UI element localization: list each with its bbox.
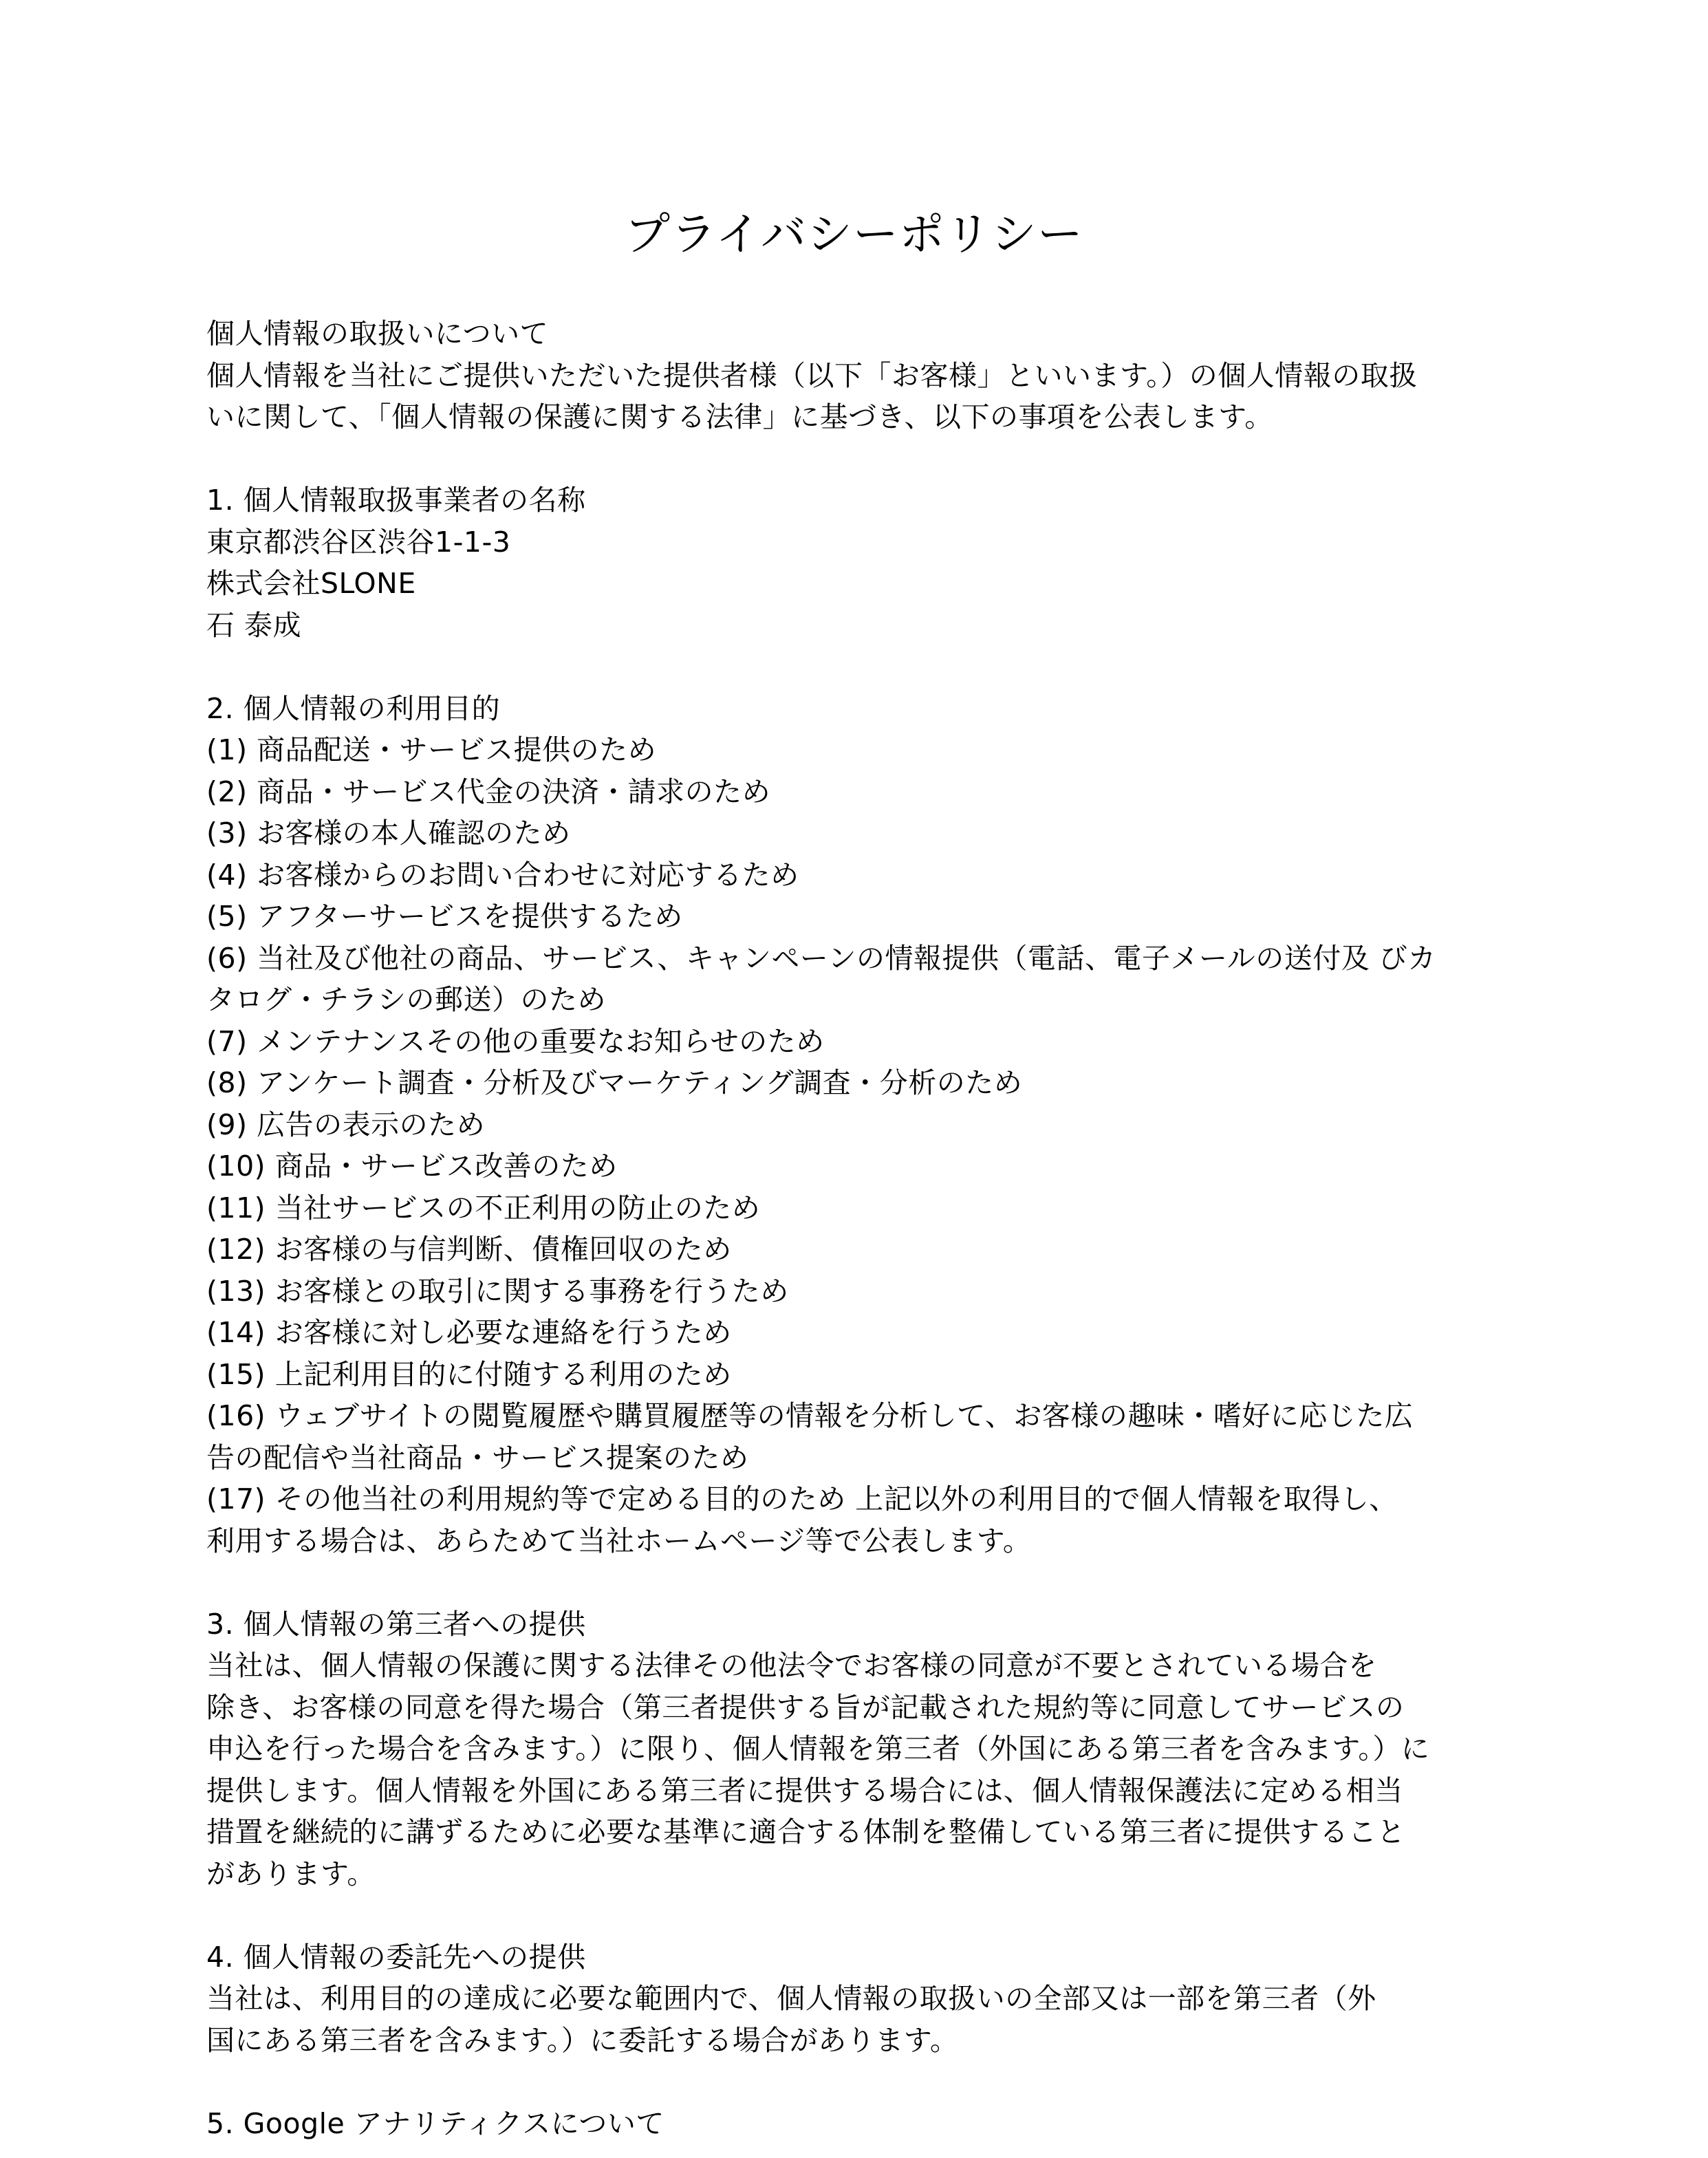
purpose-item: (7) メンテナンスその他の重要なお知らせのため <box>206 1021 1513 1063</box>
purpose-item: (16) ウェブサイトの閲覧履歴や購買履歴等の情報を分析して、お客様の趣味・嗜好… <box>206 1395 1513 1437</box>
purpose-item: (13) お客様との取引に関する事務を行うため <box>206 1271 1513 1313</box>
purpose-item: (17) その他当社の利用規約等で定める目的のため 上記以外の利用目的で個人情報… <box>206 1478 1513 1520</box>
page-title: プライバシーポリシー <box>0 204 1708 266</box>
purpose-item: (11) 当社サービスの不正利用の防止のため <box>206 1187 1513 1229</box>
purpose-item: (3) お客様の本人確認のため <box>206 812 1513 854</box>
purpose-item: (15) 上記利用目的に付随する利用のため <box>206 1354 1513 1396</box>
address-line: 東京都渋谷区渋谷1-1-3 <box>206 521 1513 563</box>
paragraph-line: 国にある第三者を含みます。）に委託する場合があります。 <box>206 2020 1513 2062</box>
section-third-party: 3. 個人情報の第三者への提供 当社は、個人情報の保護に関する法律その他法令でお… <box>206 1604 1513 1895</box>
intro-line: いに関して、「個人情報の保護に関する法律」に基づき、以下の事項を公表します。 <box>206 396 1513 438</box>
purpose-item: (14) お客様に対し必要な連絡を行うため <box>206 1312 1513 1354</box>
section-contractor: 4. 個人情報の委託先への提供 当社は、利用目的の達成に必要な範囲内で、個人情報… <box>206 1936 1513 2062</box>
purpose-item-continued: 告の配信や当社商品・サービス提案のため <box>206 1437 1513 1479</box>
section-purpose: 2. 個人情報の利用目的 (1) 商品配送・サービス提供のため (2) 商品・サ… <box>206 688 1513 1562</box>
intro-section: 個人情報の取扱いについて 個人情報を当社にご提供いただいた提供者様（以下「お客様… <box>206 313 1513 438</box>
paragraph-line: 除き、お客様の同意を得た場合（第三者提供する旨が記載された規約等に同意してサービ… <box>206 1687 1513 1729</box>
spacer <box>206 2061 1513 2103</box>
representative-name: 石 泰成 <box>206 605 1513 647</box>
paragraph-line: 当社は、個人情報の保護に関する法律その他法令でお客様の同意が不要とされている場合… <box>206 1645 1513 1687</box>
purpose-item: (10) 商品・サービス改善のため <box>206 1145 1513 1187</box>
paragraph-line: 措置を継続的に講ずるために必要な基準に適合する体制を整備している第三者に提供する… <box>206 1811 1513 1853</box>
purpose-item: (2) 商品・サービス代金の決済・請求のため <box>206 771 1513 813</box>
paragraph-line: 申込を行った場合を含みます。）に限り、個人情報を第三者（外国にある第三者を含みま… <box>206 1728 1513 1770</box>
document-body: 個人情報の取扱いについて 個人情報を当社にご提供いただいた提供者様（以下「お客様… <box>206 313 1513 2144</box>
purpose-item: (6) 当社及び他社の商品、サービス、キャンペーンの情報提供（電話、電子メールの… <box>206 938 1513 980</box>
section-heading: 3. 個人情報の第三者への提供 <box>206 1604 1513 1646</box>
purpose-item-continued: タログ・チラシの郵送）のため <box>206 979 1513 1021</box>
company-name: 株式会社SLONE <box>206 563 1513 605</box>
purpose-item: (9) 広告の表示のため <box>206 1104 1513 1146</box>
spacer <box>206 1562 1513 1604</box>
section-google-analytics: 5. Google アナリティクスについて <box>206 2103 1513 2145</box>
purpose-item: (1) 商品配送・サービス提供のため <box>206 729 1513 771</box>
paragraph-line: 提供します。個人情報を外国にある第三者に提供する場合には、個人情報保護法に定める… <box>206 1770 1513 1812</box>
paragraph-line: 当社は、利用目的の達成に必要な範囲内で、個人情報の取扱いの全部又は一部を第三者（… <box>206 1978 1513 2020</box>
document-page: プライバシーポリシー 個人情報の取扱いについて 個人情報を当社にご提供いただいた… <box>0 0 1708 2158</box>
purpose-item: (4) お客様からのお問い合わせに対応するため <box>206 854 1513 896</box>
section-business-name: 1. 個人情報取扱事業者の名称 東京都渋谷区渋谷1-1-3 株式会社SLONE … <box>206 479 1513 646</box>
intro-heading: 個人情報の取扱いについて <box>206 313 1513 355</box>
paragraph-line: があります。 <box>206 1853 1513 1895</box>
spacer <box>206 1895 1513 1936</box>
section-heading: 5. Google アナリティクスについて <box>206 2103 1513 2145</box>
purpose-item-continued: 利用する場合は、あらためて当社ホームページ等で公表します。 <box>206 1520 1513 1562</box>
intro-line: 個人情報を当社にご提供いただいた提供者様（以下「お客様」といいます。）の個人情報… <box>206 355 1513 397</box>
spacer <box>206 438 1513 480</box>
section-heading: 4. 個人情報の委託先への提供 <box>206 1936 1513 1978</box>
section-heading: 2. 個人情報の利用目的 <box>206 688 1513 730</box>
purpose-item: (5) アフターサービスを提供するため <box>206 896 1513 938</box>
section-heading: 1. 個人情報取扱事業者の名称 <box>206 479 1513 521</box>
purpose-item: (8) アンケート調査・分析及びマーケティング調査・分析のため <box>206 1062 1513 1104</box>
purpose-item: (12) お客様の与信判断、債権回収のため <box>206 1229 1513 1271</box>
spacer <box>206 646 1513 688</box>
